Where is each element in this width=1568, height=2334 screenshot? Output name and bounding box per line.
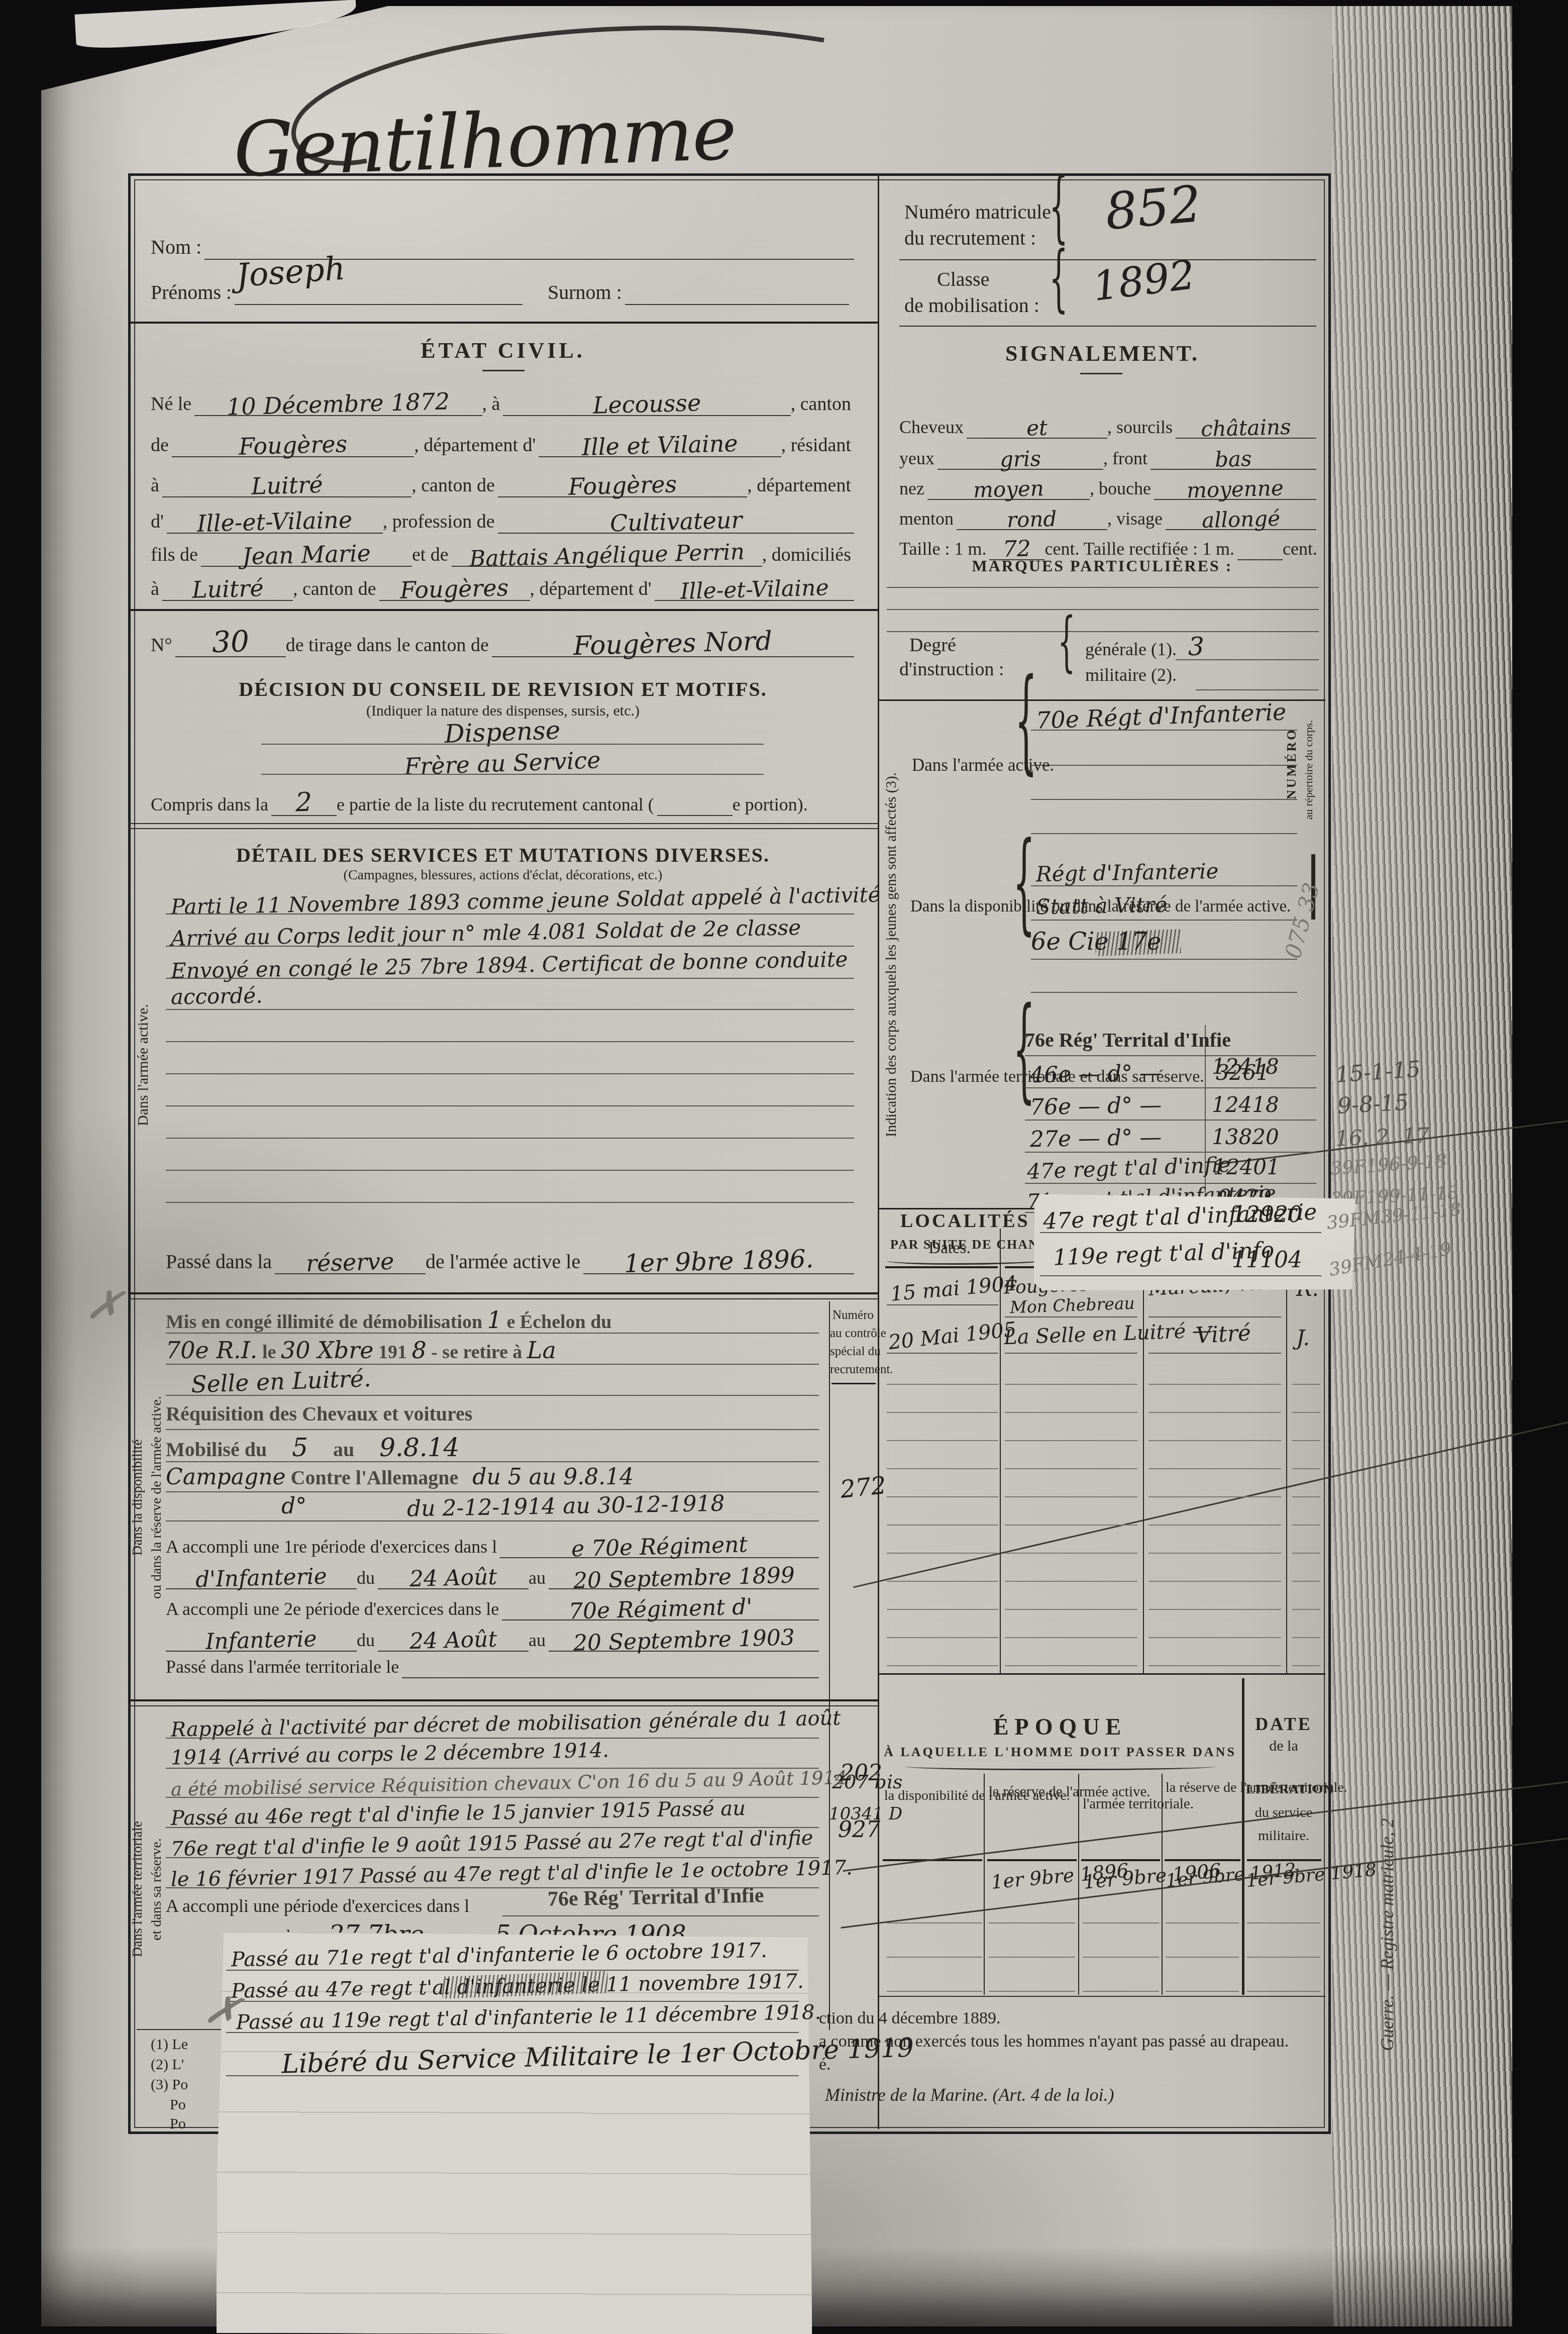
value-residence: Luitré	[251, 471, 323, 500]
loc-divider-2	[1143, 1229, 1144, 1673]
value-periode-1-corps: e 70e Régiment	[571, 1532, 748, 1562]
pencil-x-mark-1: ✗	[83, 1278, 126, 1333]
label-a2: à	[151, 474, 162, 497]
vlabel-disponibilite-1: Dans la disponibilité	[130, 1311, 146, 1683]
value-jour-demob: 30 Xbre	[281, 1337, 374, 1364]
value-front: bas	[1215, 446, 1252, 472]
footnote-1: (1) Le	[151, 2036, 188, 2053]
degre-label-2: d'instruction :	[899, 658, 1004, 680]
value-departement-parents: Ille-et-Vilaine	[680, 575, 829, 604]
value-canton-residence: Fougères	[568, 470, 677, 500]
terr-rule-9	[226, 2032, 799, 2033]
margin-num-1: 202	[840, 1760, 1568, 1786]
label-fils-de: fils de	[151, 544, 201, 567]
controle-label-4: recrutement.	[830, 1363, 876, 1377]
degre-militaire-rule	[1196, 689, 1319, 690]
terr-top-rule-2	[128, 1705, 878, 1706]
corps-dispo-value-1: Régt d'Infanterie	[1036, 859, 1219, 886]
value-departement-residence: Ille-et-Vilaine	[197, 506, 353, 537]
margin-num-4: 10341 D	[829, 1804, 902, 1824]
services-empty-rule-1	[166, 1041, 854, 1042]
epoque-subtitle: À LAQUELLE L'HOMME DOIT PASSER DANS	[882, 1745, 1238, 1760]
tirage-row: N° 30 de tirage dans le canton de Fougèr…	[151, 622, 854, 657]
label-residant: , résidant	[781, 434, 854, 457]
label-d: d'	[151, 511, 167, 534]
terr-rule-5	[166, 1857, 819, 1858]
demob-rule-1	[166, 1333, 819, 1334]
value-retire-a: La	[527, 1337, 556, 1364]
campagne-line: Campagne Contre l'Allemagne du 5 au 9.8.…	[166, 1464, 634, 1490]
vlabel-armee-active: Dans l'armée active.	[135, 894, 152, 1236]
demob-rule-2	[166, 1364, 819, 1365]
periode-1-row-b: d'Infanterie du 24 Août au 20 Septembre …	[166, 1563, 819, 1589]
value-campagne: Campagne	[166, 1464, 286, 1490]
matricule-value: 852	[1103, 174, 1203, 241]
passe-reserve-row: Passé dans la réserve de l'armée active …	[166, 1244, 854, 1274]
label-numero: N°	[151, 634, 175, 657]
services-rule-4	[166, 1009, 854, 1010]
value-ditto: d°	[281, 1493, 306, 1519]
value-mobilise-debut: 5	[272, 1433, 328, 1462]
corps-terr-row-4-num: 13820	[1212, 1125, 1279, 1149]
degre-generale-rule	[1176, 659, 1319, 660]
value-annee-demob: 8	[411, 1337, 426, 1364]
loc-empty-col-1	[887, 1357, 998, 1668]
corps-dispo-rule-1	[1031, 885, 1297, 886]
services-empty-rule-4	[166, 1138, 854, 1139]
value-canton-parents: Fougères	[400, 574, 509, 604]
libere-rule	[226, 2075, 799, 2076]
corps-active-rule-3	[1031, 799, 1297, 800]
classe-rule	[899, 326, 1316, 327]
label-tirage: de tirage dans le canton de	[286, 634, 492, 657]
marques-rule-1	[887, 587, 1319, 588]
controle-label-2: au contrôle	[830, 1327, 876, 1341]
field-prenoms: Prénoms :	[151, 280, 522, 305]
footnote-2: (2) L'	[151, 2056, 184, 2073]
demob-rule-3	[166, 1395, 819, 1396]
terr-rule-7	[226, 1970, 799, 1971]
corps-active-rule-2	[1031, 765, 1297, 766]
corps-terr-row-1-name: 76e Rég' Territal d'Infie	[1025, 1028, 1231, 1052]
loc-r1-rule-a	[887, 1304, 998, 1305]
ink-strike-dispo	[1095, 929, 1181, 956]
epoque-date-1: DATE	[1246, 1713, 1321, 1735]
label-au-1: au	[529, 1567, 549, 1589]
corps-terr-row-3-num: 12418	[1212, 1092, 1279, 1117]
loc-r2-rule-a	[887, 1353, 998, 1354]
vlabel-indication-corps: Indication des corps auxquels les jeunes…	[883, 714, 900, 1196]
field-surnom: Surnom :	[548, 280, 849, 305]
loc-col-dates: Dates.	[904, 1239, 995, 1258]
slip-row-1-num: 12920	[1232, 1202, 1302, 1228]
epoque-divider-1	[984, 1774, 985, 1995]
value-canton-naissance: Fougères	[238, 430, 348, 460]
demob-line-1: Mis en congé illimité de démobilisation …	[166, 1306, 611, 1334]
passe-territoriale-row: Passé dans l'armée territoriale le	[166, 1656, 819, 1678]
value-campagne-dates: du 5 au 9.8.14	[463, 1464, 634, 1490]
value-bouche: moyenne	[1187, 475, 1284, 502]
epoque-bottom-rule	[879, 1996, 1325, 1997]
footnote-4: Po	[170, 2096, 186, 2113]
degre-brace: {	[1058, 611, 1076, 676]
value-periode-2-debut: 24 Août	[409, 1627, 497, 1655]
corps-dispo-rule-4	[1031, 992, 1297, 993]
stamp-contre-allemagne: Contre l'Allemagne	[291, 1466, 459, 1489]
margin-num-2: 927	[838, 1817, 1568, 1843]
nom-label: Nom :	[151, 235, 204, 260]
value-periode-2-arme: Infanterie	[205, 1626, 318, 1655]
vlabel-disponibilite-2: ou dans la réserve de l'armée active.	[149, 1311, 165, 1683]
label-compris: Compris dans la	[151, 794, 271, 816]
label-sourcils: , sourcils	[1107, 417, 1176, 439]
label-front: , front	[1103, 448, 1151, 470]
loc-empty-col-2	[1005, 1357, 1137, 1668]
services-title: DÉTAIL DES SERVICES ET MUTATIONS DIVERSE…	[128, 843, 878, 867]
decision-bottom-rule-2	[128, 828, 878, 829]
etat-civil-title: ÉTAT CIVIL.	[128, 338, 878, 363]
slip-rule-2	[1040, 1275, 1321, 1276]
value-sourcils: châtains	[1201, 415, 1292, 442]
degre-label-1: Degré	[909, 634, 956, 656]
decision-subtitle: (Indiquer la nature des dispenses, sursi…	[128, 702, 878, 720]
mobilise-rule	[166, 1461, 819, 1462]
printed-fragment-ministre: Ministre de la Marine. (Art. 4 de la loi…	[825, 2084, 1114, 2105]
periode-2-row-b: Infanterie du 24 Août au 20 Septembre 19…	[166, 1625, 819, 1652]
label-et-de: et de	[412, 544, 452, 567]
ep-empty-col-4	[1166, 1889, 1239, 1995]
services-empty-rule-2	[166, 1073, 854, 1074]
corps-dispo-brace: {	[1013, 829, 1035, 938]
controle-column-divider	[829, 1301, 830, 2030]
stamp-mobilise-du: Mobilisé du	[166, 1438, 267, 1461]
periode-2-row-a: A accompli une 2e période d'exercices da…	[166, 1594, 819, 1620]
corps-terr-row-4-name: 27e — d° —	[1030, 1125, 1162, 1153]
etat-civil-row-2: de Fougères , département d' Ille et Vil…	[151, 429, 854, 457]
etat-civil-bottom-rule	[128, 609, 878, 611]
value-departement-naissance: Ille et Vilaine	[582, 430, 739, 461]
value-partie: 2	[295, 787, 313, 818]
periode-1-row-a: A accompli une 1re période d'exercices d…	[166, 1532, 819, 1558]
margin-date-2: 9-8-15	[1337, 1089, 1409, 1119]
corps-dispo-label: Dans la disponibilité ou dans la réserve…	[910, 895, 1013, 918]
classe-brace: {	[1049, 242, 1068, 315]
label-a3: à	[151, 578, 162, 601]
label-yeux: yeux	[899, 448, 937, 470]
spine-caption: Guerre. — Registre matricule, 2	[1377, 1739, 1398, 2130]
etat-civil-row-3: à Luitré , canton de Fougères , départem…	[151, 469, 854, 497]
label-ne-le: Né le	[151, 393, 194, 416]
classe-label-2: de mobilisation :	[904, 293, 1039, 317]
label-au-2: au	[529, 1630, 549, 1652]
dispo-top-rule-1	[128, 1292, 878, 1294]
loc-r2-rule-c	[1148, 1353, 1281, 1354]
footnote-5: Po	[170, 2115, 186, 2133]
stamp-echelon-du: e Échelon du	[506, 1311, 611, 1333]
value-lieu-naissance: Lecousse	[592, 389, 701, 419]
loc-empty-col-4	[1292, 1357, 1320, 1668]
label-passe-dans-la: Passé dans la	[166, 1250, 275, 1274]
loc-empty-col-3	[1148, 1357, 1281, 1668]
label-menton: menton	[899, 508, 957, 530]
value-periode-1-debut: 24 Août	[409, 1564, 497, 1592]
corps-terr-row-2-name: 46e — d° —	[1030, 1060, 1162, 1088]
etat-civil-row-6: à Luitré , canton de Fougères , départem…	[151, 573, 854, 601]
value-yeux: gris	[999, 446, 1041, 472]
loc-divider-3	[1286, 1229, 1287, 1673]
surnom-line	[625, 299, 849, 305]
localites-title: LOCALITÉS	[900, 1210, 1030, 1232]
services-rule-3	[166, 978, 854, 979]
slip-row-2-num: 11104	[1232, 1247, 1302, 1273]
services-line-4: accordé.	[171, 983, 263, 1009]
label-departement3: , département d'	[530, 578, 655, 601]
value-periode-1-fin: 20 Septembre 1899	[573, 1562, 795, 1594]
dispo-top-rule-2	[128, 1298, 878, 1299]
scanned-register-photo: Gentilhomme Nom : Joseph Prénoms : Surno…	[0, 0, 1568, 2334]
ep-empty-col-2	[989, 1889, 1075, 1995]
corps-active-rule-4	[1031, 833, 1297, 834]
value-periode-2-fin: 20 Septembre 1903	[573, 1625, 795, 1656]
sig-row-1: Cheveux et , sourcils châtains	[899, 413, 1316, 439]
margin-num-3: 207 bis	[832, 1771, 903, 1793]
prenoms-label: Prénoms :	[151, 280, 235, 305]
decision-rule-2	[261, 774, 764, 775]
label-visage: , visage	[1107, 508, 1166, 530]
degre-generale-row: générale (1). 3	[1085, 632, 1204, 661]
matricule-brace: {	[1049, 168, 1068, 246]
compris-row: Compris dans la 2 e partie de la liste d…	[151, 785, 854, 816]
marques-label: MARQUES PARTICULIÈRES :	[879, 557, 1325, 575]
value-visage: allongé	[1201, 506, 1280, 533]
label-canton: , canton	[791, 393, 854, 416]
services-subtitle: (Campagnes, blessures, actions d'éclat, …	[128, 867, 878, 883]
prenoms-line	[235, 299, 522, 305]
loc-r2-dr: J.	[1296, 1326, 1310, 1350]
value-nez: moyen	[973, 476, 1044, 502]
label-bouche: , bouche	[1090, 478, 1154, 500]
label-periode-terr: A accompli une période d'exercices dans …	[166, 1895, 469, 1916]
value-domicile-parents: Luitré	[191, 574, 264, 603]
header-bottom-rule	[128, 322, 878, 324]
value-periode-1-arme: d'Infanterie	[195, 1564, 328, 1593]
loc-r2-subdiv: Vitré	[1195, 1320, 1251, 1349]
services-empty-rule-3	[166, 1105, 854, 1106]
campagne-rule-2	[166, 1520, 819, 1521]
demob-line-2: 70e R.I. le 30 Xbre 191 8 - se retire à …	[166, 1337, 556, 1364]
ep-hdr-rule-2	[987, 1859, 1077, 1861]
value-reserve: réserve	[306, 1248, 395, 1277]
terr-periode-rule-1	[502, 1915, 819, 1916]
matricule-rule	[899, 259, 1316, 260]
etat-civil-row-1: Né le 10 Décembre 1872 , à Lecousse , ca…	[151, 388, 854, 416]
corps-dispo-rule-3	[1031, 959, 1297, 960]
value-numero-tirage: 30	[212, 624, 250, 659]
value-echelon-num: 1	[487, 1306, 502, 1334]
matricule-label-1: Numéro matricule	[904, 200, 1051, 224]
label-militaire: militaire (2).	[1085, 664, 1177, 685]
corps-active-label: Dans l'armée active.	[912, 754, 1012, 777]
corps-dispo-rule-2	[1031, 920, 1297, 921]
margin-date-3: 16. 2. 17	[1335, 1123, 1430, 1151]
label-domicilies: , domiciliés	[762, 544, 854, 567]
terr-top-rule-1	[128, 1699, 878, 1701]
corps-num-divider	[1205, 1025, 1206, 1206]
corps-terr-row-5-num: 12401	[1213, 1155, 1280, 1179]
corps-terr-rule-2	[1025, 1087, 1316, 1088]
signalement-title: SIGNALEMENT.	[879, 341, 1325, 366]
loc-r2-rule-b	[1005, 1353, 1137, 1354]
footnote-3: (3) Po	[151, 2076, 188, 2093]
epoque-date-2: de la	[1246, 1738, 1321, 1755]
vlabel-territoriale-1: Dans l'armée territoriale	[130, 1723, 146, 2055]
services-rule-1	[166, 914, 854, 915]
slip-rule-1	[1040, 1232, 1321, 1233]
matricule-label-2: du recrutement :	[904, 226, 1036, 250]
label-passe-territoriale: Passé dans l'armée territoriale le	[166, 1656, 402, 1678]
value-menton: rond	[1007, 506, 1058, 533]
label-portion: e portion).	[733, 794, 811, 816]
label-canton-de: , canton de	[411, 474, 498, 497]
stamp-le: le	[262, 1342, 276, 1363]
services-rule-2	[166, 946, 854, 947]
services-empty-rule-6	[166, 1202, 854, 1203]
corps-terr-row-3-name: 76e — d° —	[1030, 1092, 1162, 1121]
corps-terr-label: Dans l'armée territoriale et dans sa rés…	[910, 1065, 1013, 1088]
stamp-mis-en-conge: Mis en congé illimité de démobilisation	[166, 1311, 482, 1333]
corps-terr-rule-1	[1025, 1055, 1316, 1056]
ep-empty-col-1	[887, 1889, 982, 1995]
label-armee-active-le: de l'armée active le	[426, 1250, 583, 1274]
label-periode-2: A accompli une 2e période d'exercices da…	[166, 1598, 502, 1620]
value-canton-tirage: Fougères Nord	[573, 626, 773, 661]
printed-fragment-1: ction du 4 décembre 1889.	[819, 2009, 1001, 2028]
label-a: , à	[482, 393, 503, 416]
value-mobilise-fin: 9.8.14	[359, 1433, 459, 1462]
sig-row-3: nez moyen , bouche moyenne	[899, 474, 1316, 500]
terr-rule-1	[166, 1738, 819, 1739]
field-nom-value: Gentilhomme	[232, 89, 737, 194]
value-regiment-demob: 70e R.I.	[166, 1337, 257, 1364]
sig-row-2: yeux gris , front bas	[899, 444, 1316, 470]
value-date-naissance: 10 Décembre 1872	[227, 387, 450, 421]
loc-r1-rule-c	[1148, 1316, 1281, 1317]
epoque-col-3: l'armée territoriale.	[1083, 1795, 1160, 1814]
label-periode-1: A accompli une 1re période d'exercices d…	[166, 1536, 500, 1558]
etat-civil-title-dash	[482, 370, 525, 371]
decision-bottom-rule-1	[128, 823, 878, 824]
epoque-title: ÉPOQUE	[882, 1713, 1238, 1740]
etat-civil-row-4: d' Ille-et-Vilaine , profession de Culti…	[151, 505, 854, 534]
loc-r1-rule-b	[1005, 1316, 1137, 1317]
controle-rule	[831, 1383, 876, 1384]
stamp-76e-territorial: 76e Rég' Territal d'Infie	[548, 1883, 764, 1911]
corps-terr-row-2-num: 3261	[1216, 1060, 1270, 1085]
label-generale: générale (1).	[1085, 639, 1177, 659]
vlabel-territoriale-2: et dans sa réserve.	[149, 1723, 165, 2055]
value-pere: Jean Marie	[242, 540, 371, 570]
requisition-rule	[166, 1429, 819, 1430]
ep-empty-col-5	[1247, 1889, 1320, 1995]
vlabel-repertoire: au répertoire du corps.	[1302, 699, 1315, 840]
marques-rule-2	[887, 609, 1319, 610]
label-du-2: du	[357, 1630, 378, 1652]
terr-rule-8	[226, 2001, 799, 2002]
surnom-label: Surnom :	[548, 280, 625, 305]
value-generale: 3	[1181, 632, 1204, 661]
corps-terr-rule-4	[1025, 1152, 1316, 1153]
label-de: de	[151, 434, 172, 457]
ep-empty-col-3	[1083, 1889, 1159, 1995]
stamp-se-retire: - se retire à	[431, 1342, 522, 1363]
value-periode-2-corps: 70e Régiment d'	[568, 1594, 753, 1625]
epoque-top-rule	[879, 1673, 1325, 1675]
value-date-reserve: 1er 9bre 1896.	[623, 1244, 814, 1278]
controle-label-3: spécial du	[830, 1345, 876, 1359]
controle-label-1: Numéro	[830, 1308, 876, 1323]
label-nez: nez	[899, 478, 927, 500]
stamp-requisition: Réquisition des Chevaux et voitures	[166, 1402, 472, 1426]
mobilise-line: Mobilisé du 5 au 9.8.14	[166, 1433, 459, 1462]
etat-civil-row-5: fils de Jean Marie et de Battais Angéliq…	[151, 539, 854, 567]
corps-terr-rule-3	[1025, 1120, 1316, 1121]
classe-label-1: Classe	[937, 267, 989, 291]
services-empty-rule-5	[166, 1170, 854, 1171]
label-cheveux: Cheveux	[899, 417, 967, 439]
loc-hdr-rule-1	[885, 1266, 998, 1268]
label-departement2: , département	[747, 474, 854, 497]
signalement-title-dash	[1080, 373, 1122, 374]
stamp-au: au	[333, 1438, 354, 1461]
label-canton-de2: , canton de	[293, 578, 379, 601]
label-du-1: du	[357, 1567, 378, 1589]
sig-row-4: menton rond , visage allongé	[899, 504, 1316, 530]
label-partie: e partie de la liste du recrutement cant…	[337, 794, 657, 816]
decision-title: DÉCISION DU CONSEIL DE REVISION ET MOTIF…	[128, 677, 878, 701]
label-departement: , département d'	[414, 434, 539, 457]
value-profession: Cultivateur	[609, 506, 743, 537]
label-profession: , profession de	[383, 511, 498, 534]
value-cheveux: et	[1026, 415, 1048, 440]
corps-active-rule-1	[1031, 730, 1297, 731]
stamp-191: 191	[378, 1342, 407, 1363]
